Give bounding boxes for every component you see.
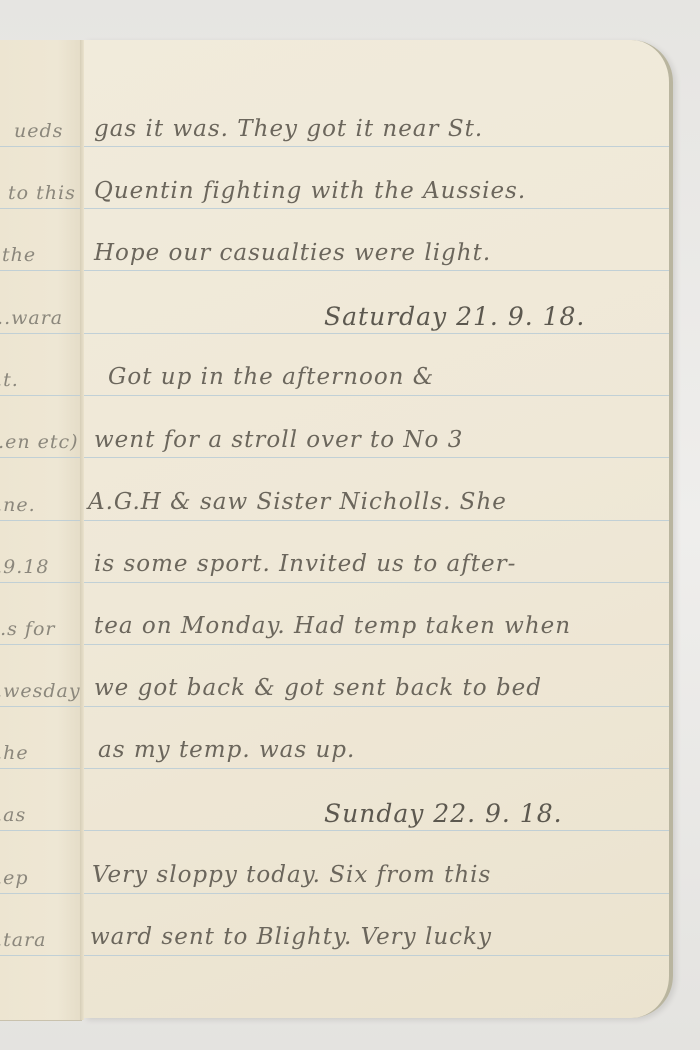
diary-line-9: tea on Monday. Had temp taken when — [94, 613, 571, 639]
rule-line — [84, 270, 669, 271]
left-line-6: ...en etc) — [0, 431, 79, 453]
rule-line — [0, 830, 82, 831]
left-line-9: ...s for — [0, 618, 55, 640]
diary-line-13: Very sloppy today. Six from this — [92, 862, 491, 888]
left-line-13: ...ep — [0, 867, 29, 889]
left-line-4: ...wara — [0, 307, 63, 329]
left-line-1: ueds — [14, 120, 63, 142]
rule-line — [0, 270, 82, 271]
diary-line-7: A.G.H & saw Sister Nicholls. She — [88, 489, 507, 515]
rule-line — [84, 830, 669, 831]
rule-line — [0, 457, 82, 458]
diary-line-6: went for a stroll over to No 3 — [94, 427, 463, 453]
right-page: gas it was. They got it near St. Quentin… — [84, 40, 673, 1018]
left-line-3: the — [2, 244, 36, 266]
left-page: ueds to this the ...wara ...t. ...en etc… — [0, 40, 82, 1021]
rule-line — [84, 706, 669, 707]
date-header-sunday: Sunday 22. 9. 18. — [324, 799, 563, 828]
date-header-saturday: Saturday 21. 9. 18. — [324, 302, 585, 331]
rule-line — [84, 582, 669, 583]
rule-line — [84, 395, 669, 396]
left-line-5: ...t. — [0, 369, 19, 391]
rule-line — [0, 582, 82, 583]
rule-line — [0, 768, 82, 769]
rule-line — [84, 333, 669, 334]
rule-line — [0, 208, 82, 209]
rule-line — [84, 955, 669, 956]
diary-line-14: ward sent to Blighty. Very lucky — [90, 924, 492, 950]
rule-line — [84, 208, 669, 209]
rule-line — [0, 520, 82, 521]
rule-line — [84, 768, 669, 769]
diary-line-2: Quentin fighting with the Aussies. — [94, 178, 526, 204]
rule-line — [0, 146, 82, 147]
left-line-11: ...he — [0, 742, 29, 764]
rule-line — [84, 520, 669, 521]
left-line-8: ...9.18 — [0, 556, 49, 578]
rule-line — [0, 706, 82, 707]
diary-line-3: Hope our casualties were light. — [94, 240, 491, 266]
diary-line-11: as my temp. was up. — [98, 737, 355, 763]
rule-line — [0, 955, 82, 956]
left-line-7: ...ne. — [0, 494, 36, 516]
left-line-2: to this — [8, 182, 76, 204]
diary-line-8: is some sport. Invited us to after- — [94, 551, 516, 577]
rule-line — [84, 893, 669, 894]
rule-line — [0, 893, 82, 894]
diary-line-10: we got back & got sent back to bed — [94, 675, 542, 701]
rule-line — [0, 395, 82, 396]
diary-line-1: gas it was. They got it near St. — [94, 116, 483, 142]
rule-line — [84, 644, 669, 645]
diary-line-5: Got up in the afternoon & — [108, 364, 434, 390]
rule-line — [0, 644, 82, 645]
rule-line — [0, 333, 82, 334]
left-line-12: ...as — [0, 804, 26, 826]
rule-line — [84, 457, 669, 458]
left-line-14: ...tara — [0, 929, 47, 951]
notebook-gutter — [80, 40, 84, 1020]
left-line-10: ...wesday — [0, 680, 81, 702]
rule-line — [84, 146, 669, 147]
